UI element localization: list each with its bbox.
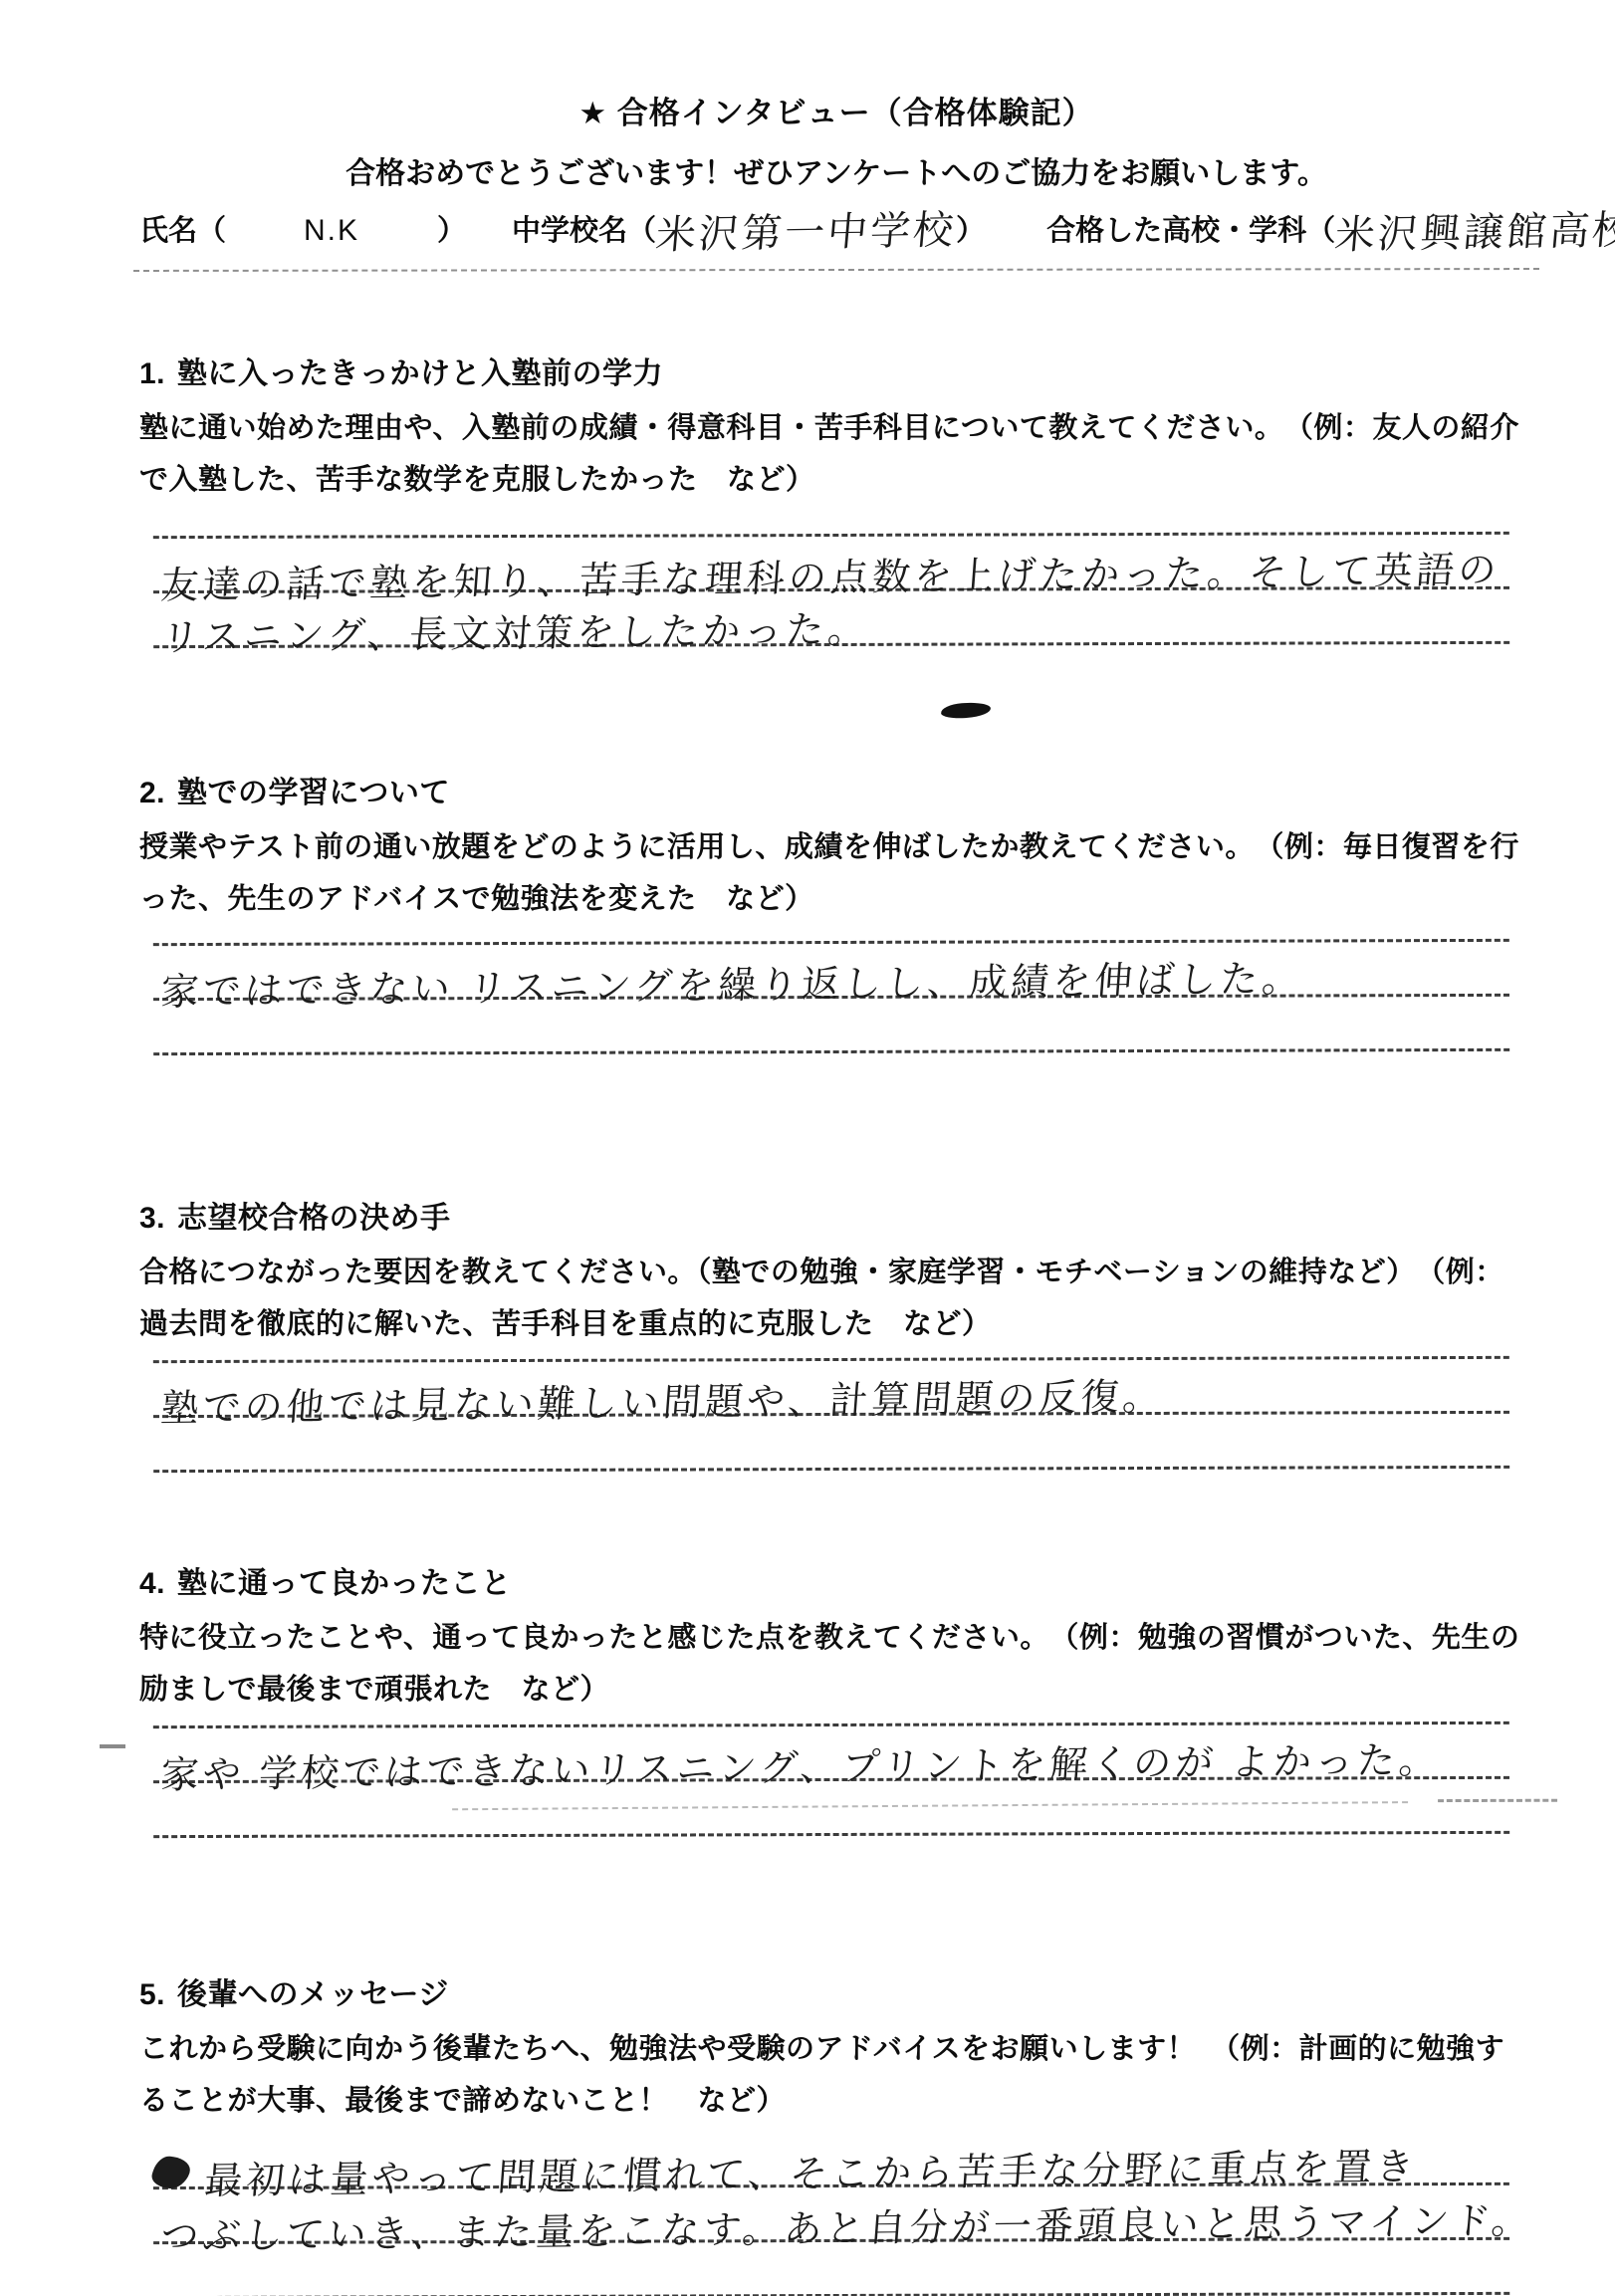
- section-2-title: 塾での学習について: [177, 777, 450, 809]
- stray-scan-mark: [100, 1744, 125, 1748]
- section-1-answer-area: 友達の話で塾を知り、苦手な理科の点数を上げたかった。そして英語の リスニング、長…: [153, 532, 1509, 648]
- section-2-answer-area: 家ではできない リスニングを繰り返しし、成績を伸ばした。: [153, 939, 1509, 1055]
- section-4-description: 特に役立ったことや、通って良かったと感じた点を教えてください。 （例：勉強の習慣…: [139, 1612, 1533, 1716]
- section-5-heading: 5.後輩へのメッセージ: [139, 1969, 1533, 2013]
- high-school-label: 合格した高校・学科（: [1046, 215, 1335, 247]
- section-5-title: 後輩へのメッセージ: [177, 1978, 449, 2011]
- answer-line: つぶしていき、また量をこなす。あと自分が一番頭良いと思うマインド。: [153, 2185, 1509, 2244]
- dotted-separator: [133, 268, 1539, 272]
- scan-noise-line: [452, 1801, 1408, 1810]
- section-3-heading: 3.志望校合格の決め手: [139, 1193, 1533, 1237]
- answer-line-empty: [153, 2240, 1509, 2296]
- answer-line: 最初は量やって問題に慣れて、そこから苦手な分野に重点を置き: [153, 2131, 1509, 2189]
- name-label: 氏名（: [139, 215, 226, 247]
- section-5-message-to-juniors: 5.後輩へのメッセージ これから受験に向かう後輩たちへ、勉強法や受験のアドバイス…: [139, 1969, 1533, 2296]
- section-1-description: 塾に通い始めた理由や、入塾前の成績・得意科目・苦手科目について教えてください。 …: [139, 402, 1533, 506]
- section-5-answer-area: 最初は量やって問題に慣れて、そこから苦手な分野に重点を置き つぶしていき、また量…: [153, 2131, 1510, 2296]
- junior-high-value-handwritten: 米沢第一中学校: [654, 215, 957, 250]
- section-3-key-to-success: 3.志望校合格の決め手 合格につながった要因を教えてください。（塾での勉強・家庭…: [139, 1193, 1533, 1471]
- section-3-title: 志望校合格の決め手: [177, 1202, 451, 1235]
- section-1-heading: 1.塾に入ったきっかけと入塾前の学力: [139, 348, 1533, 392]
- section-1-number: 1.: [139, 357, 165, 390]
- answer-line: リスニング、長文対策をしたかった。: [153, 589, 1509, 648]
- section-4-good-points: 4.塾に通って良かったこと 特に役立ったことや、通って良かったと感じた点を教えて…: [139, 1558, 1533, 1836]
- answer-line: 家ではできない リスニングを繰り返しし、成績を伸ばした。: [153, 942, 1509, 1001]
- answer-line-empty: [153, 1414, 1509, 1473]
- answer-line: 家や 学校ではできないリスニング、プリントを解くのが よかった。: [153, 1724, 1509, 1783]
- section-1-title: 塾に入ったきっかけと入塾前の学力: [177, 357, 663, 390]
- respondent-info-row: 氏名（N.K）中学校名（米沢第一中学校）合格した高校・学科（米沢興譲館高校）: [139, 208, 1533, 249]
- section-5-number: 5.: [139, 1978, 165, 2011]
- answer-line: 友達の話で塾を知り、苦手な理科の点数を上げたかった。そして英語の: [153, 535, 1509, 593]
- name-close-paren: ）: [437, 215, 466, 247]
- section-1-reason-for-joining: 1.塾に入ったきっかけと入塾前の学力 塾に通い始めた理由や、入塾前の成績・得意科…: [139, 348, 1533, 646]
- answer-line-empty: [153, 1779, 1509, 1838]
- section-3-description: 合格につながった要因を教えてください。（塾での勉強・家庭学習・モチベーションの維…: [139, 1247, 1533, 1350]
- scanned-survey-page: ★ 合格インタビュー（合格体験記） 合格おめでとうございます！ぜひアンケートへの…: [0, 0, 1615, 2296]
- section-5-description: これから受験に向かう後輩たちへ、勉強法や受験のアドバイスをお願いします！ （例：…: [139, 2023, 1533, 2127]
- junior-high-close-paren: ）: [956, 215, 985, 247]
- handwritten-answer-text: リスニング、長文対策をしたかった。: [159, 608, 871, 660]
- section-2-study-at-juku: 2.塾での学習について 授業やテスト前の通い放題をどのように活用し、成績を伸ばし…: [139, 768, 1533, 1053]
- scan-noise-line: [1438, 1799, 1557, 1802]
- answer-line-empty: [153, 997, 1509, 1055]
- answer-line: 塾での他では見ない難しい問題や、計算問題の反復。: [153, 1359, 1509, 1418]
- section-2-number: 2.: [139, 777, 165, 809]
- page-subtitle: 合格おめでとうございます！ぜひアンケートへのご協力をお願いします。: [139, 148, 1533, 192]
- section-4-answer-area: 家や 学校ではできないリスニング、プリントを解くのが よかった。: [153, 1722, 1509, 1838]
- section-4-title: 塾に通って良かったこと: [177, 1567, 512, 1600]
- section-4-heading: 4.塾に通って良かったこと: [139, 1558, 1533, 1602]
- high-school-value-handwritten: 米沢興譲館高校: [1334, 215, 1615, 250]
- name-value: N.K: [304, 214, 359, 248]
- section-2-description: 授業やテスト前の通い放題をどのように活用し、成績を伸ばしたか教えてください。 （…: [139, 821, 1533, 925]
- section-3-number: 3.: [139, 1202, 165, 1235]
- junior-high-label: 中学校名（: [512, 215, 656, 247]
- crossed-out-scribble-mark: [148, 2155, 194, 2190]
- section-3-answer-area: 塾での他では見ない難しい問題や、計算問題の反復。: [153, 1356, 1509, 1473]
- section-4-number: 4.: [139, 1567, 165, 1600]
- page-title: ★ 合格インタビュー（合格体験記）: [139, 88, 1533, 132]
- section-2-heading: 2.塾での学習について: [139, 768, 1533, 811]
